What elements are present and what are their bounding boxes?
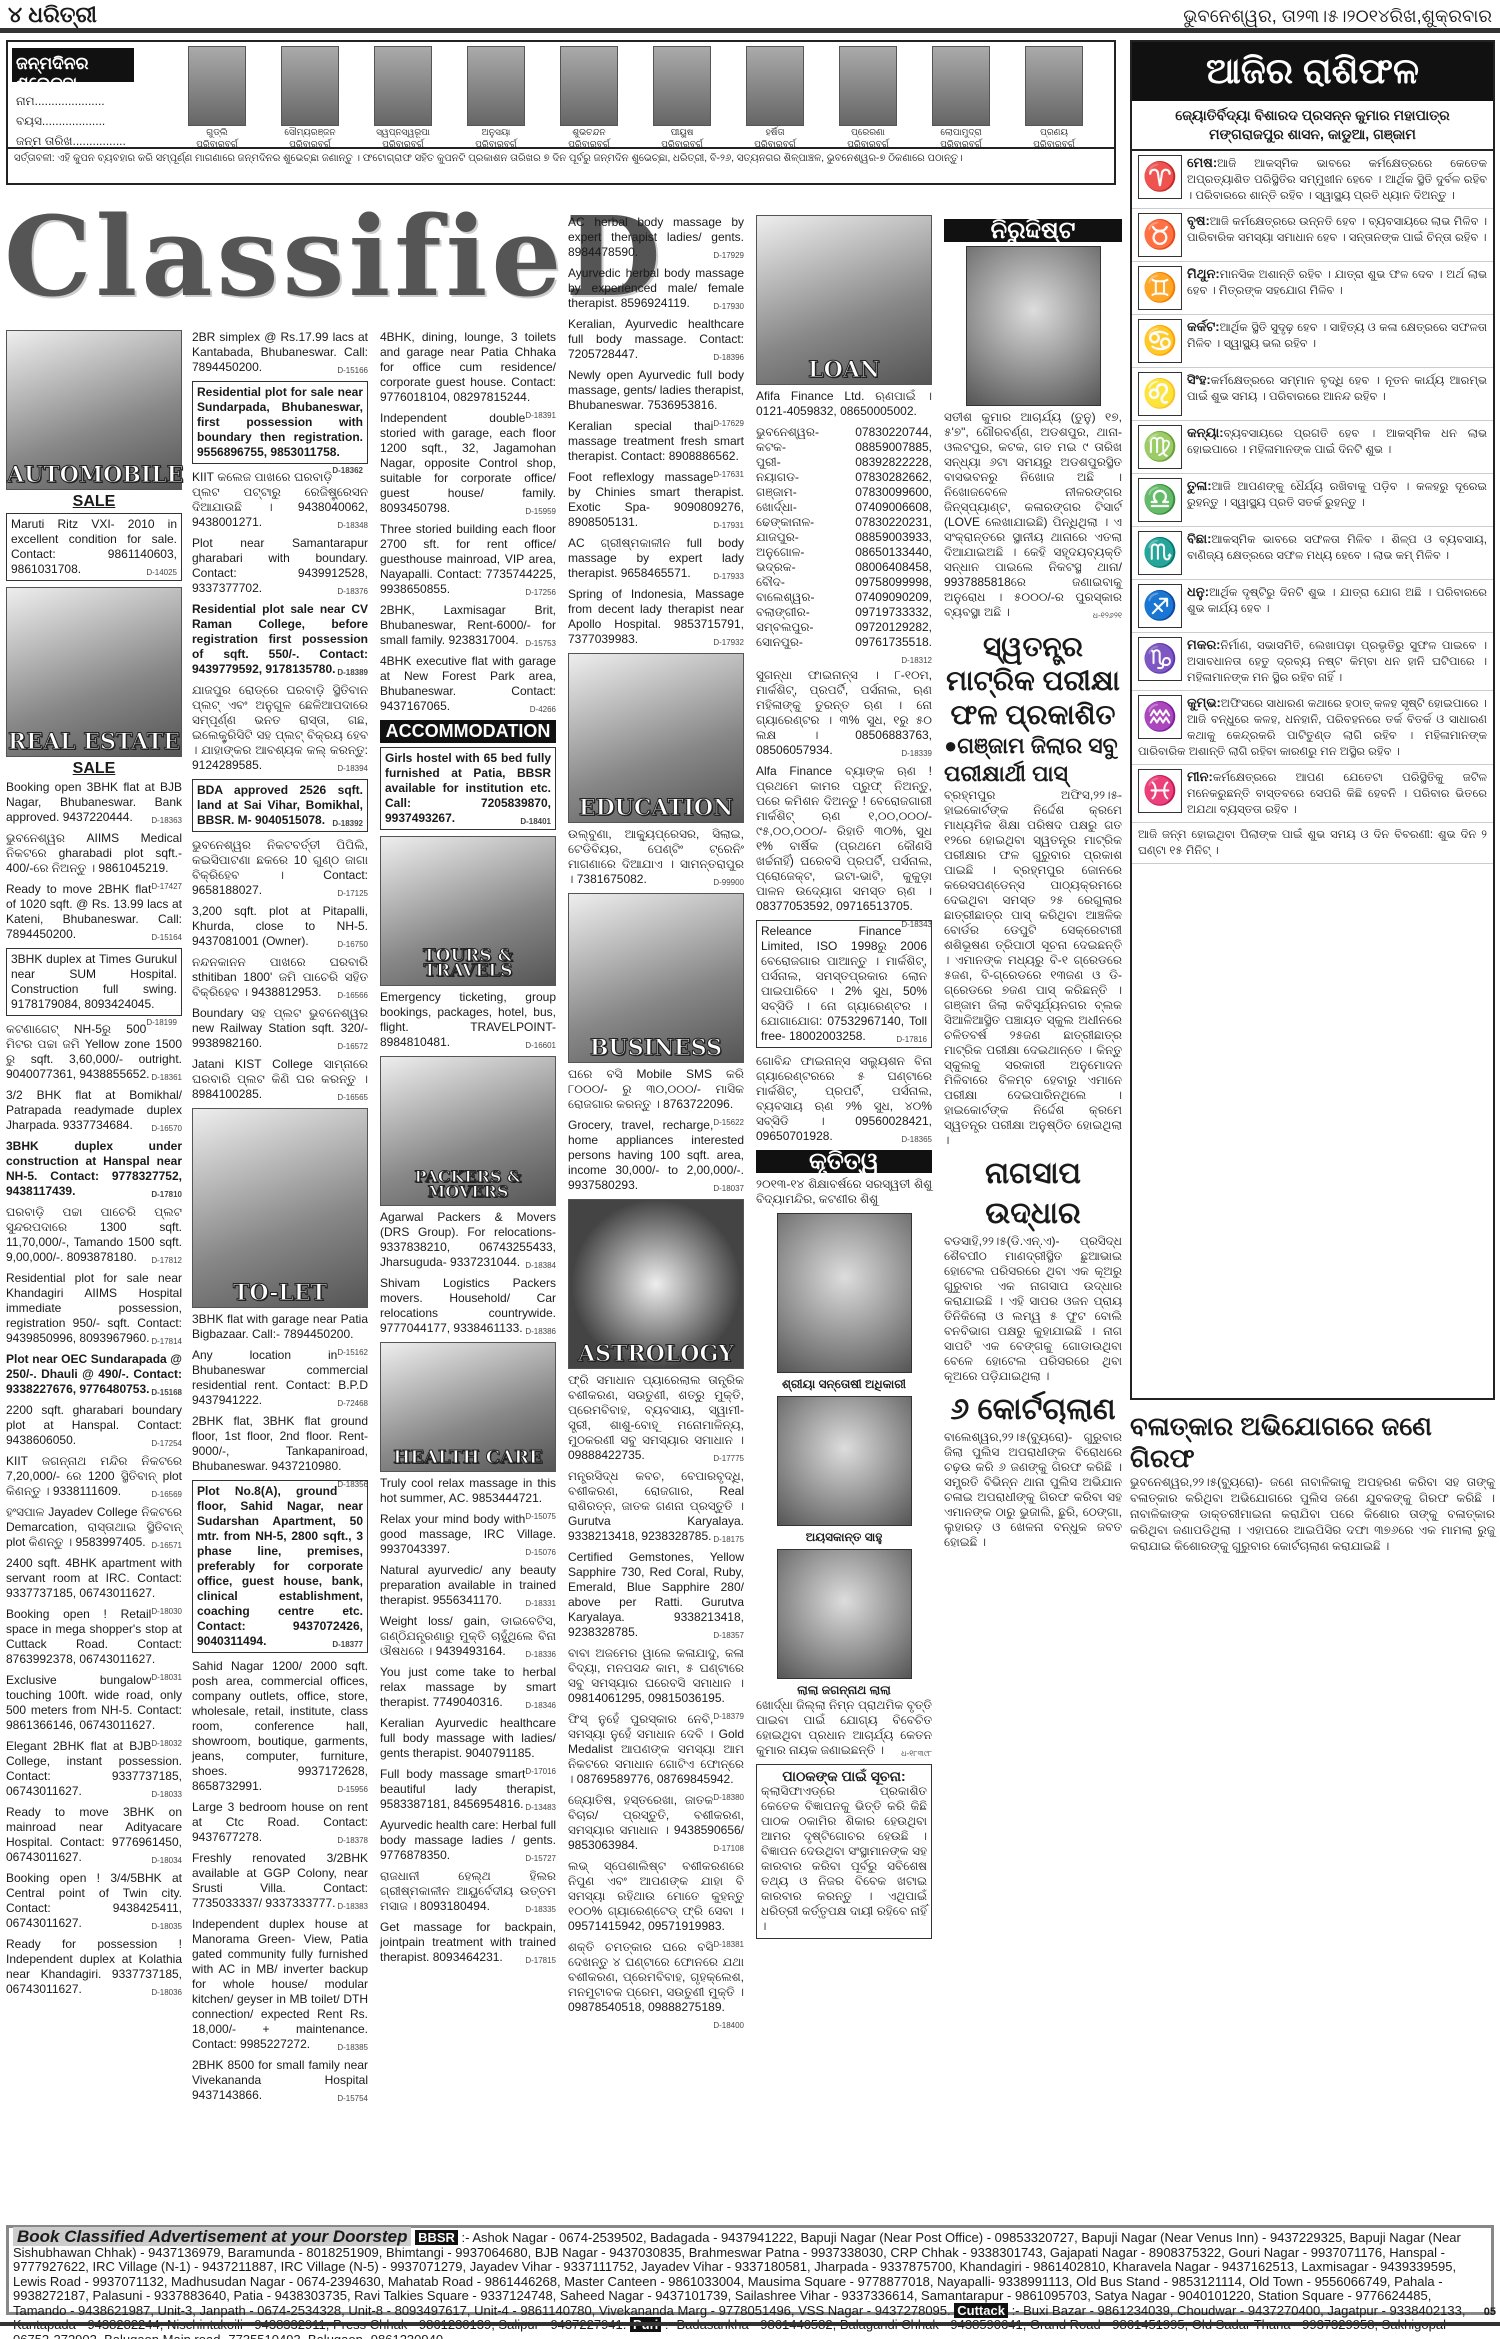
classified-ad: ଯାଜପୁର ରୋଡ୍‌ରେ ଘରବାଡ଼ି ସ୍ଥିତିବାନ ପ୍ଲଟ୍ ଏ…	[192, 683, 368, 773]
horoscope-sign: ♍କନ୍ୟା:ବ୍ୟବସାୟରେ ପ୍ରଗତି ହେବ । ଆକସ୍ମିକ ଧନ…	[1132, 421, 1493, 474]
classified-ad: 4BHK, dining, lounge, 3 toilets and gara…	[380, 330, 556, 405]
tours-travels-image: TOURS & TRAVELS	[380, 836, 556, 986]
loan-branch-row: କଟକ-08859007885,	[756, 440, 932, 455]
astrologer-credit: ଜ୍ୟୋତିର୍ବିଦ୍ୟା ବିଶାରଦ ପ୍ରସନ୍ନ କୁମାର ମହାପ…	[1132, 101, 1493, 151]
child-name: ଲୋପାମୁଦ୍ରା	[932, 126, 990, 138]
classified-logo: ClassifieD	[4, 192, 554, 322]
birthday-terms: ସର୍ତ୍ତାବଳୀ: ଏହି କୁପନ ବ୍ୟବହାର କରି ସମ୍ପୂର୍…	[8, 147, 1114, 183]
birthday-child: ଗୁଡ୍‌ଲିପରିବାରବର୍ଗ	[188, 46, 246, 150]
classified-ad: KIIT ଜଗନ୍ନାଥ ମନ୍ଦିର ନିକଟରେ 7,20,000/- ରେ…	[6, 1454, 182, 1499]
zodiac-icon: ♑	[1138, 637, 1182, 681]
classified-ad: Ayurvedic herbal body massage by experie…	[568, 266, 744, 311]
column-automobile-realestate: AUTOMOBILE SALE Maruti Ritz VXI- 2010 in…	[6, 330, 182, 2003]
classified-ad: Keralian, Ayurvedic healthcare full body…	[568, 317, 744, 362]
zodiac-icon: ♍	[1138, 425, 1182, 469]
classified-ad: Independent duplex house at Manorama Gre…	[192, 1917, 368, 2052]
loan-branch-row: ପୁରୀ-08392822228,	[756, 455, 932, 470]
notice-title: ପାଠକଙ୍କ ପାଇଁ ସୂଚନା:	[761, 1769, 927, 1784]
zodiac-icon: ♈	[1138, 155, 1182, 199]
classified-ad: 3,200 sqft. plot at Pitapalli, Khurda, c…	[192, 904, 368, 949]
classified-ad: Alfa Finance ବ୍ୟାଙ୍କ ଋଣ ! ପ୍ରଥମେ କାମର ପ୍…	[756, 764, 932, 914]
classified-ad: ଭୁବନେଶ୍ୱର AIIMS Medical ନିକଟରେ gharabadi…	[6, 831, 182, 876]
classified-ad: Keralian Ayurvedic healthcare full body …	[380, 1716, 556, 1761]
classified-ad: AC herbal body massage by expert therapi…	[568, 215, 744, 260]
sale-heading: SALE	[6, 761, 182, 776]
birthday-child: ପୀୟୁଷପରିବାରବର୍ଗ	[653, 46, 711, 150]
health-care-image: HEALTH CARE	[380, 1342, 556, 1472]
classified-ad: Large 3 bedroom house on rent at Ctc Roa…	[192, 1800, 368, 1845]
notice-text: କ୍ଲାସିଫାଏଡ୍‌ରେ ପ୍ରକାଶିତ କେତେକ ବିଜ୍ଞାପନକୁ…	[761, 1784, 927, 1934]
child-photo	[746, 46, 804, 126]
horoscope-sign: ♌ସିଂହ:କର୍ମକ୍ଷେତ୍ରରେ ସମ୍ମାନ ବୃଦ୍ଧି ହେବ । …	[1132, 368, 1493, 421]
student-name: ଲାଲା ଜଗନ୍ନାଥ ଲାଲା	[756, 1683, 932, 1698]
classified-ad: Plot near Samantarapur gharabari with bo…	[192, 536, 368, 596]
child-name: ପ୍ରେରଣା	[839, 126, 897, 138]
loan-branch-row: ଯାଜପୁର-08859003933,	[756, 530, 932, 545]
loan-branch-row: ଗଞ୍ଜାମ-07830099600,	[756, 485, 932, 500]
news-headline: ସ୍ୱତନ୍ତ୍ର ମାଟ୍ରିକ ପରୀକ୍ଷା ଫଳ ପ୍ରକାଶିତ	[944, 630, 1122, 732]
classified-ad: 2BHK, Laxmisagar Brit, Bhubaneswar, Rent…	[380, 603, 556, 648]
column-news: ନିରୁଦ୍ଦିଷ୍ଟ ସତୀଶ କୁମାର ଆଚାର୍ଯ୍ୟ (ତୁନୁ) ୧…	[944, 215, 1122, 1556]
loan-image: LOAN	[756, 215, 932, 385]
loan-branch-row: ଖୋର୍ଦ୍ଧା-07409006608,	[756, 500, 932, 515]
classified-ad: 2BR simplex @ Rs.17.99 lacs at Kantabada…	[192, 330, 368, 375]
birthday-child: ହର୍ଷିତାପରିବାରବର୍ଗ	[746, 46, 804, 150]
business-label: BUSINESS	[569, 1041, 743, 1056]
classified-ad: Truly cool relax massage in this hot sum…	[380, 1476, 556, 1506]
child-name: ଶୁଭଚନ୍ଦନ	[560, 126, 618, 138]
horoscope-sign: ♋କର୍କଟ:ଆର୍ଥିକ ସ୍ଥିତି ସୁଦୃଢ଼ ହେବ । ସାହିତ୍…	[1132, 315, 1493, 368]
zodiac-icon: ♎	[1138, 478, 1182, 522]
missing-person-heading: ନିରୁଦ୍ଦିଷ୍ଟ	[944, 219, 1122, 242]
classified-ad: Jatani KIST College ସାମ୍ନାରେ ଘରବାରି ପ୍ଲଟ…	[192, 1057, 368, 1102]
automobile-image: AUTOMOBILE	[6, 330, 182, 490]
classified-ad: Residential plot for sale near Sundarpad…	[192, 381, 368, 464]
real-estate-label: REAL ESTATE	[7, 735, 181, 750]
classified-ad: 3BHK flat with garage near Patia Bigbaza…	[192, 1312, 368, 1342]
classified-ad: ଫ୍ରି ସମାଧାନ ପ୍ୟାରେଲାଲ ତାନ୍ତ୍ରିକ ବଶୀକରଣ, …	[568, 1373, 744, 1463]
loan-branch-row: ବଲାଙ୍ଗୀର-09719733332,	[756, 605, 932, 620]
news-body: ବଡସାହି,୨୨।୫(ଡି.ଏନ୍.ଏ)- ପ୍ରସିଦ୍ଧ ଶୈବପୀଠ ମ…	[944, 1234, 1122, 1384]
loan-branch-row: ସୋନପୁର-09761735518.	[756, 635, 932, 650]
classified-ad: Ayurvedic health care: Herbal full body …	[380, 1818, 556, 1863]
classified-ad: Shivam Logistics Packers movers. Househo…	[380, 1276, 556, 1336]
column-property: 2BR simplex @ Rs.17.99 lacs at Kantabada…	[192, 330, 368, 2109]
loan-label: LOAN	[757, 363, 931, 378]
achievement-heading: କୃତିତ୍ୱ	[756, 1150, 932, 1173]
zodiac-icon: ♐	[1138, 584, 1182, 628]
classified-ad: ମନ୍ତ୍ରସିଦ୍ଧ କବଚ, ବେପାରବୃଦ୍ଧି, ବଶୀକରଣ, ରୋ…	[568, 1469, 744, 1544]
classified-ad: Weight loss/ gain, ଡାଇବେଟିସ, ଗଣ୍ଠିଯନ୍ତ୍ର…	[380, 1614, 556, 1659]
dateline: ଭୁବନେଶ୍ୱର, ତା୨୩।୫।୨୦୧୪ରିଖ,ଶୁକ୍ରବାର	[1183, 6, 1492, 27]
classified-ad: Booking open 3BHK flat at BJB Nagar, Bhu…	[6, 780, 182, 825]
news-headline: ୬ କୋର୍ଟଚାଲାଣ	[944, 1390, 1122, 1430]
column-rent-services: 4BHK, dining, lounge, 3 toilets and gara…	[380, 330, 556, 1971]
loan-branch-row: ବାଲେଶ୍ୱର-07409090209,	[756, 590, 932, 605]
student-name: ଶ୍ରୀୟା ସନ୍ତୋଷୀ ଅଧିକାରୀ	[756, 1377, 932, 1392]
child-photo	[188, 46, 246, 126]
zodiac-icon: ♊	[1138, 266, 1182, 310]
classified-ad: Spring of Indonesia, Massage from decent…	[568, 587, 744, 647]
zodiac-icon: ♓	[1138, 769, 1182, 813]
classified-ad: 3/2 BHK flat at Bomikhal/ Patrapada read…	[6, 1088, 182, 1133]
classified-ad: ଗୋବିନ୍ଦ ଫାଇନାନ୍ସ ସଲ୍ୟୁଶନ ବିନା ଗ୍ୟାରେଣ୍ଟର…	[756, 1054, 932, 1144]
classified-ad: ସୁଗନ୍ଧା ଫାଇନାନ୍ସ । ୮-୧୦ମ, ମାର୍କଶିଟ୍, ପ୍ର…	[756, 668, 932, 758]
child-photo	[281, 46, 339, 126]
classified-ad: 3BHK duplex at Times Gurukul near SUM Ho…	[6, 948, 182, 1016]
packers-movers-image: PACKERS & MOVERS	[380, 1056, 556, 1206]
cuttack-tag: Cuttack	[954, 2303, 1008, 2318]
loan-branch-row: ନୟାଗଡ-07830282662,	[756, 470, 932, 485]
classified-ad: Plot near OEC Sundarapada @ 250/-. Dhaul…	[6, 1352, 182, 1397]
zodiac-icon: ♋	[1138, 319, 1182, 363]
birthday-child: ପ୍ରଣୟପରିବାରବର୍ଗ	[1025, 46, 1083, 150]
classified-ad: ଘରେ ବସି Mobile SMS କରି ୮୦୦୦/- ରୁ ୩୦,୦୦୦/…	[568, 1067, 744, 1112]
classified-ad: You just come take to herbal relax massa…	[380, 1665, 556, 1710]
astrology-image: ASTROLOGY	[568, 1199, 744, 1369]
classified-ad: Maruti Ritz VXI- 2010 in excellent condi…	[6, 513, 182, 581]
tours-label: TOURS & TRAVELS	[381, 949, 555, 979]
horoscope-sign: ♉ବୃଷ:ଆଜି କର୍ମକ୍ଷେତ୍ରରେ ଉନ୍ନତି ହେବ । ବ୍ୟବ…	[1132, 209, 1493, 262]
classified-ad: AC ଗ୍ରୀଷ୍ମକାଳୀନ full body massage by exp…	[568, 536, 744, 581]
real-estate-image: REAL ESTATE	[6, 587, 182, 757]
astrology-label: ASTROLOGY	[569, 1347, 743, 1362]
classified-ad: Plot No.8(A), ground floor, Sahid Nagar,…	[192, 1480, 368, 1653]
horoscope-sign: ♏ବିଛା:ଆକସ୍ମିକ ଭାବରେ ସଫଳତା ମିଳିବ । ଶିଳ୍ପ …	[1132, 527, 1493, 580]
classified-ad: Natural ayurvedic/ any beauty preparatio…	[380, 1563, 556, 1608]
classified-ad: 2200 sqft. gharabari boundary plot at Ha…	[6, 1403, 182, 1448]
classified-ad: BDA approved 2526 sqft. land at Sai Viha…	[192, 779, 368, 832]
education-image: EDUCATION	[568, 653, 744, 823]
health-care-label: HEALTH CARE	[381, 1450, 555, 1465]
zodiac-icon: ♏	[1138, 531, 1182, 575]
column-loan-achievement: LOAN Afifa Finance Ltd. ଋଣପାଇଁ । 0121-40…	[756, 215, 932, 1939]
loan-branch-row: ସମ୍ବଲପୁର-09720129282,	[756, 620, 932, 635]
child-name: ହର୍ଷିତା	[746, 126, 804, 138]
loan-intro: Afifa Finance Ltd. ଋଣପାଇଁ । 0121-4059832…	[756, 389, 932, 419]
student-name: ଅୟସକାନ୍ତ ସାହୁ	[756, 1530, 932, 1545]
reader-notice: ପାଠକଙ୍କ ପାଇଁ ସୂଚନା: କ୍ଲାସିଫାଏଡ୍‌ରେ ପ୍ରକା…	[756, 1764, 932, 1939]
horoscope-sign: ♐ଧନୁ:ଆର୍ଥିକ ଦୃଷ୍ଟିରୁ ଦିନଟି ଶୁଭ । ଯାତ୍ରା …	[1132, 580, 1493, 633]
classified-ad: Get massage for backpain, jointpain trea…	[380, 1920, 556, 1965]
zodiac-icon: ♒	[1138, 695, 1182, 739]
zodiac-icon: ♌	[1138, 372, 1182, 416]
crime-news: ବଳାତ୍କାର ଅଭିଯୋଗରେ ଜଣେ ଗିରଫ ଭୁବନେଶ୍ୱର,୨୨।…	[1130, 1410, 1495, 1554]
child-name: ପ୍ରଣୟ	[1025, 126, 1083, 138]
classified-ad: ନନ୍ଦନକାନନ ପାଖରେ ଘରବାରି sthitiban 1800' ଜ…	[192, 955, 368, 1000]
child-photo	[839, 46, 897, 126]
loan-branch-row: ଭଦ୍ରକ-08006408458,	[756, 560, 932, 575]
classified-ad: ଭୁବନେଶ୍ୱର ନିକଟବର୍ତ୍ତୀ ପିପିଲି, କଇସିପାଟଣା …	[192, 838, 368, 898]
missing-person-photo	[966, 246, 1101, 406]
classified-ad: Independent double storied with garage, …	[380, 411, 556, 516]
horoscope-title: ଆଜିର ରାଶିଫଳ	[1132, 42, 1493, 101]
footer-title: Book Classified Advertisement at your Do…	[13, 2227, 411, 2246]
classified-ad: Booking open ! 3/4/5BHK at Central point…	[6, 1871, 182, 1931]
classified-ad: ବାବା ଅଜମେର ୱାଲେ କଳାଯାଦୁ, କଳା ବିଦ୍ୟା, ମନପ…	[568, 1646, 744, 1706]
classified-ad: Newly open Ayurvedic full body massage, …	[568, 368, 744, 413]
news-subheadline: ●ଗଞ୍ଜାମ ଜିଲାର ସବୁ ପରୀକ୍ଷାର୍ଥୀ ପାସ୍	[944, 732, 1122, 788]
news-headline: ବଳାତ୍କାର ଅଭିଯୋଗରେ ଜଣେ ଗିରଫ	[1130, 1410, 1495, 1474]
news-body: ବାଲେଶ୍ୱର,୨୨।୫(ବ୍ୟୁରୋ)- ଗୁରୁବାର ଜିଲା ପୁଲି…	[944, 1430, 1122, 1550]
horoscope-footer: ଆଜି ଜନ୍ମ ହୋଇଥିବା ପିଲାଙ୍କ ପାଇଁ ଶୁଭ ସମୟ ଓ …	[1132, 823, 1493, 864]
classified-ad: Boundary ସହ ପ୍ଲଟ ଭୁବନେଶ୍ୱର new Railway S…	[192, 1006, 368, 1051]
horoscope-sign: ♎ତୁଳା:ଆଜି ଆପଣଙ୍କୁ ଧୈର୍ଯ୍ୟ ରଖିବାକୁ ପଡ଼ିବ …	[1132, 474, 1493, 527]
classified-ad: 2BHK 8500 for small family near Vivekana…	[192, 2058, 368, 2103]
education-label: EDUCATION	[569, 801, 743, 816]
birthday-child: ଲୋପାମୁଦ୍ରାପରିବାରବର୍ଗ	[932, 46, 990, 150]
student-photo	[777, 1549, 912, 1679]
classified-ad: ଲଭ୍ ସ୍ପେଶାଲିଷ୍ଟ ବଶୀକରଣରେ ନିପୁଣ ଏବଂ ଆପଣଙ୍…	[568, 1859, 744, 1934]
classified-ad: Three storied building each floor 2700 s…	[380, 522, 556, 597]
birthday-child: ଅନୁସୟାପରିବାରବର୍ଗ	[467, 46, 525, 150]
missing-person-text: ସତୀଶ କୁମାର ଆଚାର୍ଯ୍ୟ (ତୁନୁ) ୧୭, ୫'୭", ଗୌର…	[944, 410, 1122, 620]
horoscope-sign: ♊ମିଥୁନ:ମାନସିକ ଅଶାନ୍ତି ରହିବ । ଯାତ୍ରା ଶୁଭ …	[1132, 262, 1493, 315]
business-image: BUSINESS	[568, 893, 744, 1063]
classified-ad: Emergency ticketing, group bookings, pac…	[380, 990, 556, 1050]
birthday-child: ଶୁଭଚନ୍ଦନପରିବାରବର୍ଗ	[560, 46, 618, 150]
child-photo	[467, 46, 525, 126]
classified-ad: Freshly renovated 3/2BHK available at GG…	[192, 1851, 368, 1911]
child-name: ସ୍ୱପ୍ନସ୍ୱରୂପା	[374, 126, 432, 138]
to-let-label: TO-LET	[193, 1286, 367, 1301]
student-photo	[777, 1396, 912, 1526]
loan-branch-row: ଭୁବନେଶ୍ୱର-07830220744,	[756, 425, 932, 440]
classified-ad: Ready for possession ! Independent duple…	[6, 1937, 182, 1997]
classified-ad: ଉଲ୍‌ବୁଣା, ଆକ୍ୟୁପ୍ରେସର, ସିଲାଇ, ଟେଡିବିୟର, …	[568, 827, 744, 887]
page-section-label: ୪ ଧରିତ୍ରୀ	[8, 2, 97, 28]
classified-ad: 4BHK executive flat with garage at New F…	[380, 654, 556, 714]
horoscope-sign: ♈ମେଷ:ଆଜି ଆକସ୍ମିକ ଭାବରେ କର୍ମକ୍ଷେତ୍ରରେ କେତ…	[1132, 151, 1493, 209]
horoscope-sign: ♒କୁମ୍ଭ:ଅଫିସରେ ସାଧାରଣ କଥାରେ ହଠାତ୍ କଳହ ସୃଷ…	[1132, 691, 1493, 765]
birthday-wishes-box: ଜନ୍ମଦିନର ଶୁଭେଚ୍ଛା ନାମ...................…	[6, 40, 1116, 185]
classified-ad: KIIT କଲେଜ ପାଖରେ ଘରବାଡ଼ି ପ୍ଲଟ ପଟ୍ଟାରୁ ରେଜ…	[192, 470, 368, 530]
classified-ad: ହଂସପାଳ Jayadev College ନିକଟରେ Demarcatio…	[6, 1505, 182, 1550]
bbsr-tag: BBSR	[415, 2230, 458, 2245]
to-let-image: TO-LET	[192, 1108, 368, 1308]
classified-ad: 2400 sqft. 4BHK apartment with servant r…	[6, 1556, 182, 1601]
accommodation-heading: ACCOMMODATION	[380, 720, 556, 743]
classified-ad: Certified Gemstones, Yellow Sapphire 730…	[568, 1550, 744, 1640]
horoscope-sign: ♓ମୀନ:କର୍ମକ୍ଷେତ୍ରରେ ଆପଣ ଯେତେଟା ପରିସ୍ଥିତିକ…	[1132, 765, 1493, 823]
child-name: ଗୁଡ୍‌ଲି	[188, 126, 246, 138]
loan-branch-row: ବୌଦ-09758099998,	[756, 575, 932, 590]
student-photo	[777, 1213, 912, 1373]
top-rule	[0, 28, 1500, 33]
zodiac-icon: ♉	[1138, 213, 1182, 257]
child-photo	[653, 46, 711, 126]
child-photo	[374, 46, 432, 126]
child-photo	[560, 46, 618, 126]
ad-code: D-18312	[756, 653, 932, 668]
child-photo	[1025, 46, 1083, 126]
achievement-intro: ୨୦୧୩-୧୪ ଶିକ୍ଷାବର୍ଷରେ ସରସ୍ୱତୀ ଶିଶୁ ବିଦ୍ୟା…	[756, 1177, 932, 1207]
classified-ad: Ready to move 3BHK on mainroad near Adit…	[6, 1805, 182, 1865]
classified-ad: ରାଜଧାନୀ ହେଲ୍‌ଥ ହିଲର ଗ୍ରୀଷ୍ମକାଳୀନ ଆୟୁର୍ବେ…	[380, 1869, 556, 1914]
classified-ad: 2BHK flat, 3BHK flat ground floor, 1st f…	[192, 1414, 368, 1474]
news-body: ବ୍ରହ୍ମପୁର ଅଫିସ,୨୨।୫- ହାଇକୋର୍ଟଙ୍କ ନିର୍ଦ୍ଦ…	[944, 788, 1122, 1148]
classified-ad: Agarwal Packers & Movers (DRS Group). Fo…	[380, 1210, 556, 1270]
horoscope-box: ଆଜିର ରାଶିଫଳ ଜ୍ୟୋତିର୍ବିଦ୍ୟା ବିଶାରଦ ପ୍ରସନ୍…	[1130, 40, 1495, 1400]
booking-centres-footer: Book Classified Advertisement at your Do…	[6, 2225, 1494, 2315]
child-name: ସୌମ୍ୟରଞ୍ଜନ	[281, 126, 339, 138]
child-name: ଅନୁସୟା	[467, 126, 525, 138]
horoscope-sign: ♑ମକର:ନିର୍ମାଣ, ସଭାସମିତି, ଲେଖାପଢ଼ା ପ୍ରଭୃତି…	[1132, 633, 1493, 691]
birthday-child: ପ୍ରେରଣାପରିବାରବର୍ଗ	[839, 46, 897, 150]
classified-ad: Residential plot for sale near Khandagir…	[6, 1271, 182, 1346]
classified-ad: ଘରବାଡ଼ି ପଚ୍ଚା ପାଚେରି ପ୍ଲଟ ସୁନ୍ଦରପଦାରେ 13…	[6, 1205, 182, 1265]
classified-ad: କଟଣାଗେଟ୍ NH-5ରୁ 500 ମିଟର ପଚ୍ଚା ଜମି Yello…	[6, 1022, 182, 1082]
news-headline: ନାଗସାପ ଉଦ୍ଧାର	[944, 1154, 1122, 1234]
child-name: ପୀୟୁଷ	[653, 126, 711, 138]
news-body: ଭୁବନେଶ୍ୱର,୨୨।୫(ବ୍ୟୁରୋ)- ଜଣେ ନାବାଳିକାକୁ ଅ…	[1130, 1474, 1495, 1554]
classified-ad: Girls hostel with 65 bed fully furnished…	[380, 747, 556, 830]
packers-label: PACKERS & MOVERS	[381, 1169, 555, 1199]
classified-ad: 3BHK duplex under construction at Hanspa…	[6, 1139, 182, 1199]
page-number: 05	[1484, 2306, 1496, 2318]
child-photo	[932, 46, 990, 126]
name-field: ନାମ.....................	[16, 94, 105, 109]
loan-branch-row: ଢେଙ୍କାନାଳ-07830220231,	[756, 515, 932, 530]
age-field: ବୟସ...................	[16, 114, 105, 129]
classified-ad: Sahid Nagar 1200/ 2000 sqft. posh area, …	[192, 1659, 368, 1794]
automobile-label: AUTOMOBILE	[7, 468, 181, 483]
classified-ad: Residential plot sale near CV Raman Coll…	[192, 602, 368, 677]
birthday-child: ସୌମ୍ୟରଞ୍ଜନପରିବାରବର୍ଗ	[281, 46, 339, 150]
column-massage-education-astro: AC herbal body massage by expert therapi…	[568, 215, 744, 2033]
achievement-text: ଖୋର୍ଦ୍ଧା ଜିଲ୍ଲା ନିମ୍ନ ପ୍ରାଥମିକ ବୃତ୍ତି ପା…	[756, 1698, 932, 1758]
birthday-child: ସ୍ୱପ୍ନସ୍ୱରୂପାପରିବାରବର୍ଗ	[374, 46, 432, 150]
bottom-rule	[0, 2322, 1500, 2326]
birthday-title: ଜନ୍ମଦିନର ଶୁଭେଚ୍ଛା	[12, 48, 134, 82]
sale-heading: SALE	[6, 494, 182, 509]
classified-ad: Releance Finance Limited, ISO 1998ରୁ 200…	[756, 920, 932, 1048]
loan-branch-row: ଅନୁଗୋଳ-08650133440,	[756, 545, 932, 560]
